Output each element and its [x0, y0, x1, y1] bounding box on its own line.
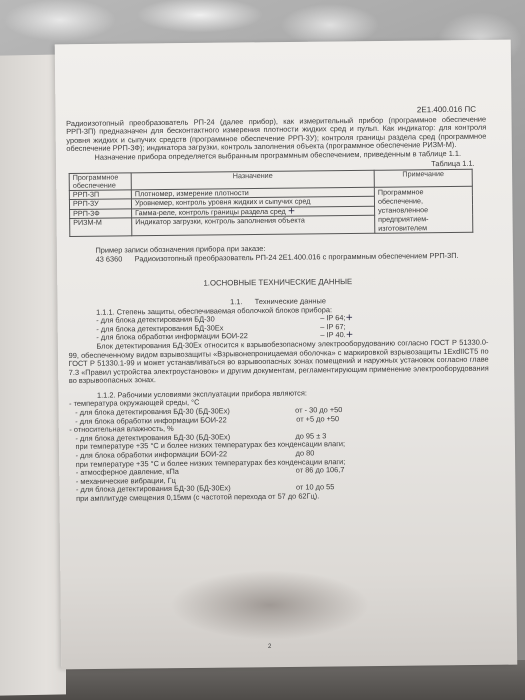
- condition-value: до 95 ± 3: [295, 432, 326, 441]
- document-content: 2Е1.400.016 ПС Радиоизотопный преобразов…: [66, 106, 490, 504]
- condition-value: от 86 до 106,7: [296, 466, 345, 475]
- condition-value: до 80: [296, 449, 315, 458]
- page-shadow: [170, 570, 370, 640]
- condition-label: - для блока обработки информации БОИ-22: [75, 415, 227, 426]
- header-note: Примечание: [374, 169, 472, 187]
- cell-purpose: Индикатор загрузки, контроль заполнения …: [132, 215, 375, 236]
- explosion-paragraph: Блок детектирования БД-30Ех относится к …: [68, 338, 488, 385]
- section-title: 1.ОСНОВНЫЕ ТЕХНИЧЕСКИЕ ДАННЫЕ: [68, 277, 488, 290]
- condition-value: от 10 до 55: [296, 484, 334, 493]
- protection-value-text: – IP 64;: [320, 313, 345, 322]
- software-table: Программное обеспечение Назначение Приме…: [69, 169, 474, 237]
- condition-label: - для блока детектирования БД-30 (БД-30Е…: [76, 484, 231, 495]
- cell-note: Программное обеспечение, установленное п…: [374, 186, 472, 233]
- page-number: 2: [268, 644, 271, 650]
- protection-value-text: – IP 40.: [320, 330, 345, 339]
- intro-paragraph: Радиоизотопный преобразователь РП-24 (да…: [66, 115, 486, 154]
- handwritten-mark: +: [345, 313, 353, 323]
- order-example: Пример записи обозначения прибора при за…: [67, 243, 487, 265]
- condition-value: от +5 до +50: [296, 415, 339, 424]
- condition-label: - для блока обработки информации БОИ-22: [76, 449, 228, 460]
- cell-software: РИЗМ-М: [70, 218, 132, 237]
- conditions-section: 1.1.2. Рабочими условиями эксплуатации п…: [69, 387, 490, 503]
- protection-section: 1.1.1. Степень защиты, обеспечиваемая об…: [68, 304, 488, 343]
- protection-label: - для блока обработки информации БОИ-22: [96, 331, 248, 342]
- header-software: Программное обеспечение: [69, 173, 131, 191]
- order-code: 43 6360: [96, 254, 123, 263]
- subsection-number: 1.1.: [230, 297, 242, 306]
- condition-label: - для блока детектирования БД-30 (БД-30Е…: [75, 432, 230, 443]
- protection-value: – IP 40.+: [320, 331, 353, 340]
- condition-label: - атмосферное давление, кПа: [76, 467, 179, 477]
- handwritten-mark: +: [346, 330, 354, 340]
